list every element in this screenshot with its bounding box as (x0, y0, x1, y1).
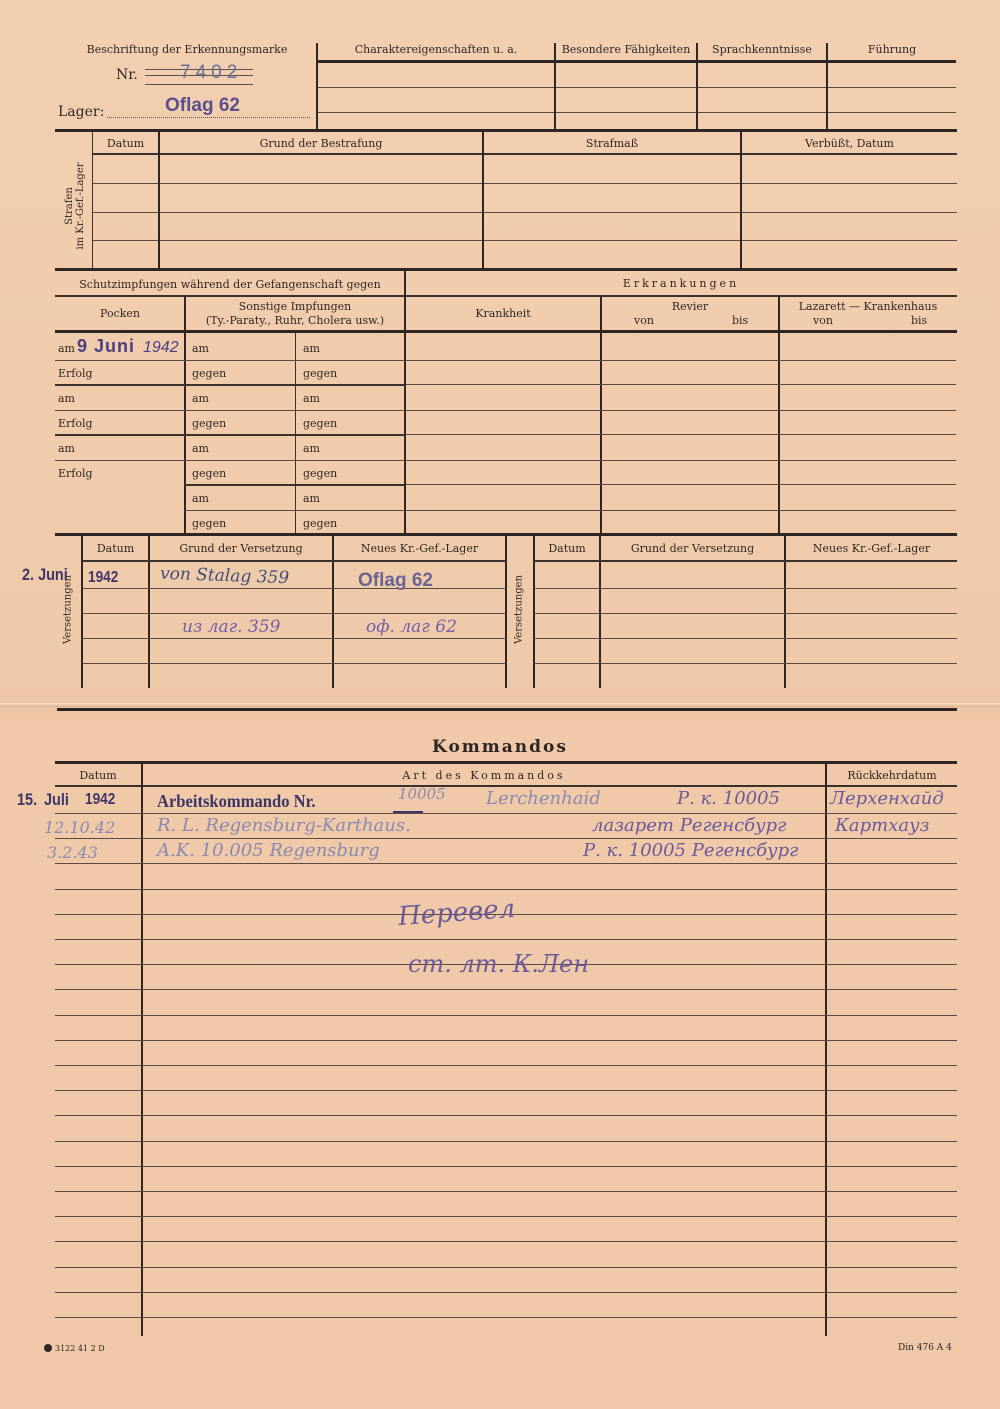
strafen-col-verbuesst: Verbüßt, Datum (742, 137, 957, 150)
sonst-gegen: gegen (192, 367, 226, 380)
printer-mark-icon (44, 1344, 52, 1352)
strafen-col-strafmass: Strafmaß (484, 137, 740, 150)
nr-label: Nr. (116, 67, 138, 83)
page-fold (0, 703, 1000, 707)
komm-col-art: Art des Kommandos (143, 769, 825, 782)
ruled-line (55, 1292, 957, 1293)
ruled-line (55, 939, 957, 940)
sonst-gegen: gegen (192, 417, 226, 430)
ruled-line (55, 1141, 957, 1142)
komm-row2-return-russian: Картхауз (835, 815, 929, 836)
signature-line-2: ст. лт. К.Лен (408, 950, 589, 978)
ruled-line (55, 1241, 957, 1242)
marke-label: Beschriftung der Erkennungsmarke (62, 43, 312, 56)
erkrankungen-title: Erkrankungen (406, 277, 956, 290)
sonst-am: am (192, 442, 209, 455)
komm-col-datum: Datum (55, 769, 141, 782)
lager-stamp: Oflag 62 (165, 95, 240, 117)
col-sprachen: Sprachkenntnisse (698, 43, 826, 56)
vers-col-datum-left: Datum (83, 542, 148, 555)
sonst-gegen: gegen (303, 517, 337, 530)
pocken-label: Pocken (56, 307, 184, 320)
sonst-am: am (192, 492, 209, 505)
sonstige-label-2: (Ty.-Paraty., Ruhr, Cholera usw.) (186, 314, 404, 327)
ruled-line (55, 1065, 957, 1066)
revier-label: Revier (602, 300, 778, 313)
ruled-line (55, 989, 957, 990)
lazarett-bis: bis (911, 314, 927, 327)
vers-reason-russian: из лаг. 359 (182, 617, 280, 637)
pocken-erfolg-2: Erfolg (58, 417, 93, 430)
ruled-line (55, 889, 957, 890)
pocken-erfolg-3: Erfolg (58, 467, 93, 480)
komm-row1-nr: 10005 (398, 785, 446, 803)
strafen-col-grund: Grund der Bestrafung (160, 137, 482, 150)
footer-left-code: 3122 41 2 D (55, 1344, 105, 1353)
ruled-line (55, 1090, 957, 1091)
vers-col-lager-right: Neues Kr.-Gef.-Lager (786, 542, 957, 555)
sonst-gegen: gegen (303, 367, 337, 380)
lazarett-von: von (813, 314, 833, 327)
vers-col-lager-left: Neues Kr.-Gef.-Lager (334, 542, 505, 555)
ruled-line (55, 838, 957, 839)
ruled-line (55, 1115, 957, 1116)
sonst-am: am (192, 342, 209, 355)
strafen-side-label: Strafen im Kr.-Gef.-Lager (64, 151, 86, 261)
komm-row3-art-russian: Р. к. 10005 Регенсбург (583, 840, 798, 861)
kommandos-title: Kommandos (0, 737, 1000, 757)
revier-von: von (634, 314, 654, 327)
sonst-gegen: gegen (192, 517, 226, 530)
pocken-am-2: am (58, 392, 75, 405)
versetzungen-side-label-right: Versetzungen (514, 570, 525, 650)
pocken-date-stamp: 9 Juni (77, 336, 135, 357)
sonst-gegen: gegen (303, 467, 337, 480)
komm-row1-date-day: 15. (17, 790, 37, 810)
ruled-line (55, 1317, 957, 1318)
ruled-line (55, 1015, 957, 1016)
komm-row1-art-handwritten: Lerchenhaid (486, 788, 601, 809)
footer-right-code: Din 476 A 4 (898, 1343, 952, 1353)
vers-year-stamp: 1942 (88, 569, 118, 587)
komm-row1-nr-underline (393, 811, 423, 813)
ruled-line (55, 1040, 957, 1041)
sonst-am: am (303, 342, 320, 355)
vers-date-stamp: 2. Juni (22, 565, 68, 585)
komm-row2-date: 12.10.42 (44, 818, 115, 837)
sonst-am: am (303, 442, 320, 455)
komm-row2-art-russian: лазарет Регенсбург (592, 815, 786, 836)
ruled-line (55, 1166, 957, 1167)
ruled-line (55, 1267, 957, 1268)
vers-col-datum-right: Datum (535, 542, 599, 555)
komm-row1-date-year: 1942 (85, 791, 115, 809)
ruled-line (55, 1216, 957, 1217)
pocken-am-1: am (58, 342, 75, 355)
vers-col-grund-left: Grund der Versetzung (150, 542, 332, 555)
ruled-line (55, 863, 957, 864)
sonst-am: am (303, 492, 320, 505)
strafen-side-label-2: im Kr.-Gef.-Lager (75, 151, 86, 261)
sonst-gegen: gegen (303, 417, 337, 430)
pocken-am-3: am (58, 442, 75, 455)
col-fuehrung: Führung (828, 43, 956, 56)
komm-row1-date-month: Juli (44, 790, 69, 810)
komm-col-rueckkehr: Rückkehrdatum (827, 769, 957, 782)
sonstige-label-1: Sonstige Impfungen (186, 300, 404, 313)
col-faehigkeiten: Besondere Fähigkeiten (556, 43, 696, 56)
komm-row3-art-handwritten: A.K. 10.005 Regensburg (157, 840, 380, 861)
lager-label: Lager: (58, 104, 104, 120)
sonst-am: am (192, 392, 209, 405)
nr-value: 7402 (180, 62, 242, 84)
komm-row1-art-stamp: Arbeitskommando Nr. (157, 791, 316, 812)
col-charakter: Charaktereigenschaften u. a. (318, 43, 554, 56)
krankheit-label: Krankheit (406, 307, 600, 320)
lager-field (107, 117, 310, 118)
ruled-line (55, 1191, 957, 1192)
komm-row3-date: 3.2.43 (47, 843, 98, 862)
impfungen-title: Schutzimpfungen während der Gefangenscha… (56, 278, 404, 291)
sonst-am: am (303, 392, 320, 405)
strafen-col-datum: Datum (93, 137, 158, 150)
vers-col-grund-right: Grund der Versetzung (601, 542, 784, 555)
footer-left: 3122 41 2 D (44, 1344, 105, 1353)
sonst-gegen: gegen (192, 467, 226, 480)
pocken-erfolg-1: Erfolg (58, 367, 93, 380)
komm-row1-art-russian: Р. к. 10005 (677, 788, 780, 809)
strafen-side-label-1: Strafen (64, 151, 75, 261)
pocken-date-year: 1942 (143, 339, 179, 357)
komm-row2-art-handwritten: R. L. Regensburg-Karthaus. (157, 815, 411, 836)
revier-bis: bis (732, 314, 748, 327)
vers-new-lager-stamp: Oflag 62 (358, 570, 433, 592)
vers-new-lager-russian: оф. лаг 62 (366, 617, 457, 637)
komm-row1-return-russian: Лерхенхайд (830, 788, 944, 809)
ruled-line (55, 813, 957, 814)
lazarett-label: Lazarett — Krankenhaus (780, 300, 956, 313)
